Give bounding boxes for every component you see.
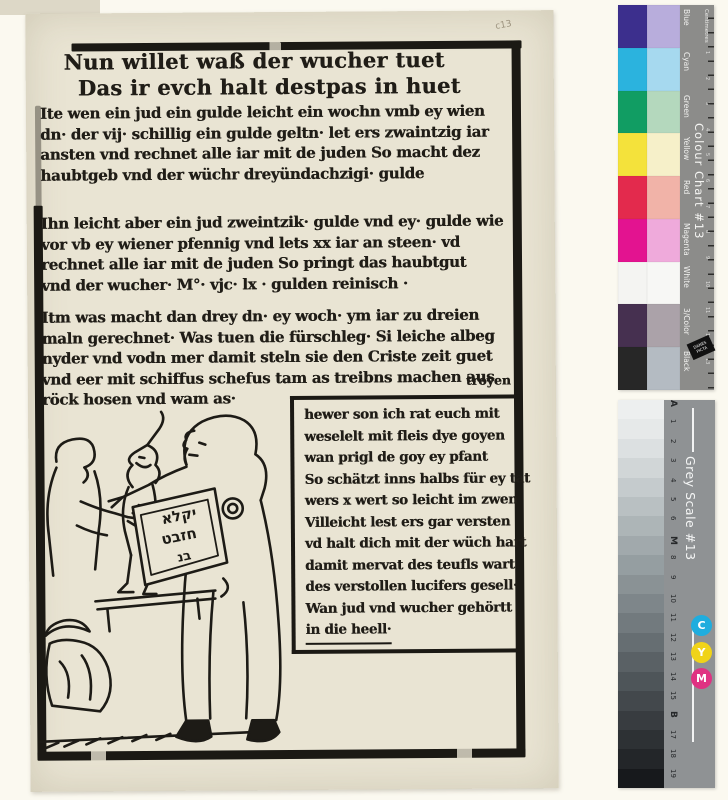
step-label: 3 bbox=[666, 458, 680, 477]
grey-step bbox=[618, 613, 664, 632]
grey-step bbox=[618, 711, 664, 730]
swatch-green bbox=[618, 91, 647, 134]
grey-step bbox=[618, 633, 664, 652]
row-label: Blue bbox=[681, 5, 692, 48]
grey-step bbox=[618, 478, 664, 497]
grey-scale-labels: A 1 2 3 4 5 6 M 8 9 10 11 12 13 14 15 B … bbox=[666, 400, 680, 788]
swatch-magenta bbox=[618, 219, 647, 262]
title-line: Das ir evch halt destpas in huet bbox=[64, 73, 461, 102]
row-label: White bbox=[681, 262, 692, 305]
yellow-dot: Y bbox=[691, 642, 712, 663]
title-line: Nun willet waß der wucher tuet bbox=[64, 47, 461, 76]
swatch-3color bbox=[618, 304, 647, 347]
step-label: 12 bbox=[666, 633, 680, 652]
cyan-dot: C bbox=[691, 615, 712, 636]
row-label: 3/Color bbox=[681, 304, 692, 347]
tint-magenta bbox=[647, 219, 680, 262]
text-line: nyder vnd vodn mer damit steln sie den C… bbox=[42, 346, 495, 370]
step-label: 6 bbox=[666, 516, 680, 535]
verse-line: in die heell· bbox=[306, 618, 522, 644]
woodcut-illustration: יקלא חזבט בנ bbox=[36, 402, 290, 756]
grey-step bbox=[618, 536, 664, 555]
text-line: Ite wen ein jud ein gulde leicht ein woc… bbox=[40, 101, 489, 125]
text-line: Ihn leicht aber ein jud zweintzik· gulde… bbox=[41, 211, 504, 235]
step-label: 11 bbox=[666, 613, 680, 632]
scan-canvas: c13 Nun willet waß der wucher tuet Das i… bbox=[0, 0, 728, 800]
verse-line: hewer son ich rat euch mit bbox=[304, 403, 520, 426]
grey-step bbox=[618, 516, 664, 535]
swatch-yellow bbox=[618, 133, 647, 176]
verse-line: damit mervat des teufls wart bbox=[305, 554, 521, 577]
scale-rule-line bbox=[692, 408, 694, 452]
colour-chart: Blue Cyan Green Yellow Red Magenta White… bbox=[618, 5, 714, 390]
verse-line: So schätzt inns halbs für ey tat bbox=[304, 468, 520, 491]
text-line: ansten vnd rechnet alle iar mit de juden… bbox=[40, 142, 489, 166]
cyan-dot-label: C bbox=[697, 619, 705, 632]
inserted-word: troyen bbox=[466, 372, 511, 387]
step-label: M bbox=[666, 536, 680, 555]
swatch-cyan bbox=[618, 48, 647, 91]
tint-red bbox=[647, 176, 680, 219]
verse-line: wan prigl de goy ey pfant bbox=[304, 446, 520, 469]
swatch-white bbox=[618, 262, 647, 305]
grey-step bbox=[618, 419, 664, 438]
row-label: Magenta bbox=[681, 219, 692, 262]
grey-step bbox=[618, 672, 664, 691]
text-line: vnd der wucher· M°· vjc· lx · gulden rei… bbox=[41, 272, 504, 296]
title-block: Nun willet waß der wucher tuet Das ir ev… bbox=[64, 47, 461, 102]
grey-step bbox=[618, 691, 664, 710]
text-line: haubtgeb vnd der wüchr dreyündachzigi· g… bbox=[40, 162, 489, 186]
step-label: 17 bbox=[666, 730, 680, 749]
swatch-black bbox=[618, 347, 647, 390]
yellow-dot-label: Y bbox=[698, 646, 706, 659]
row-label: Yellow bbox=[681, 133, 692, 176]
grey-step bbox=[618, 497, 664, 516]
text-line: vnd eer mit schiffus schefus tam as trei… bbox=[42, 366, 495, 390]
magenta-dot-label: M bbox=[696, 672, 707, 685]
step-label: 14 bbox=[666, 672, 680, 691]
verse-line: weselelt mit fleis dye goyen bbox=[304, 425, 520, 448]
grey-scale: A 1 2 3 4 5 6 M 8 9 10 11 12 13 14 15 B … bbox=[618, 400, 715, 788]
grey-step bbox=[618, 769, 664, 788]
step-label: 13 bbox=[666, 652, 680, 671]
tint-yellow bbox=[647, 133, 680, 176]
verse-line: Villeicht lest ers gar versten bbox=[305, 511, 521, 534]
step-label: 4 bbox=[666, 478, 680, 497]
step-label: 10 bbox=[666, 594, 680, 613]
grey-scale-title: Grey Scale #13 bbox=[683, 456, 698, 561]
document-page: c13 Nun willet waß der wucher tuet Das i… bbox=[25, 10, 558, 792]
step-label: 5 bbox=[666, 497, 680, 516]
tint-blue bbox=[647, 5, 680, 48]
grey-step bbox=[618, 594, 664, 613]
centimetre-ruler bbox=[708, 5, 714, 390]
swatch-blue bbox=[618, 5, 647, 48]
paragraph-2: Ihn leicht aber ein jud zweintzik· gulde… bbox=[41, 211, 504, 296]
colour-chart-panel: Blue Cyan Green Yellow Red Magenta White… bbox=[680, 5, 714, 390]
tint-cyan bbox=[647, 48, 680, 91]
grey-step bbox=[618, 458, 664, 477]
colour-chart-row-labels: Blue Cyan Green Yellow Red Magenta White… bbox=[681, 5, 692, 390]
grey-scale-steps bbox=[618, 400, 664, 788]
tint-black bbox=[647, 347, 680, 390]
row-label: Green bbox=[681, 91, 692, 134]
grey-step bbox=[618, 400, 664, 419]
grey-scale-panel: A 1 2 3 4 5 6 M 8 9 10 11 12 13 14 15 B … bbox=[664, 400, 715, 788]
grey-step bbox=[618, 652, 664, 671]
tint-white bbox=[647, 262, 680, 305]
row-label: Cyan bbox=[681, 48, 692, 91]
step-label: B bbox=[666, 711, 680, 730]
colour-swatches bbox=[618, 5, 680, 390]
grey-step bbox=[618, 575, 664, 594]
verse-line: wers x wert so leicht im zwen bbox=[305, 489, 521, 512]
step-label: 1 bbox=[666, 419, 680, 438]
step-label: 18 bbox=[666, 749, 680, 768]
bench bbox=[95, 591, 215, 632]
grey-step bbox=[618, 555, 664, 574]
tint-3color bbox=[647, 304, 680, 347]
magenta-dot: M bbox=[691, 668, 712, 689]
paragraph-1: Ite wen ein jud ein gulde leicht ein woc… bbox=[40, 101, 489, 186]
tint-green bbox=[647, 91, 680, 134]
step-label: 19 bbox=[666, 769, 680, 788]
grey-step bbox=[618, 439, 664, 458]
text-line: Itm was macht dan drey dn· ey woch· ym i… bbox=[41, 305, 494, 329]
step-label: 2 bbox=[666, 439, 680, 458]
step-label: 8 bbox=[666, 555, 680, 574]
swatch-red bbox=[618, 176, 647, 219]
step-label: 9 bbox=[666, 575, 680, 594]
grey-step bbox=[618, 730, 664, 749]
verse-line: Wan jud vnd wucher gehörtt bbox=[305, 597, 521, 620]
shoes bbox=[176, 720, 279, 742]
verse-line: des verstollen lucifers gesell· bbox=[305, 575, 521, 598]
ground-hatching bbox=[40, 732, 248, 748]
step-label: 15 bbox=[666, 691, 680, 710]
text-line: rechnet alle iar mit de juden So pringt … bbox=[41, 252, 504, 276]
seated-figure bbox=[46, 620, 111, 712]
verse-line: vd halt dich mit der wüch hart bbox=[305, 532, 521, 555]
left-man bbox=[47, 438, 141, 575]
verse-column: hewer son ich rat euch mit weselelt mit … bbox=[290, 394, 522, 654]
row-label: Red bbox=[681, 176, 692, 219]
step-label: A bbox=[666, 400, 680, 419]
grey-step bbox=[618, 749, 664, 768]
pencil-inscription: c13 bbox=[495, 19, 513, 32]
